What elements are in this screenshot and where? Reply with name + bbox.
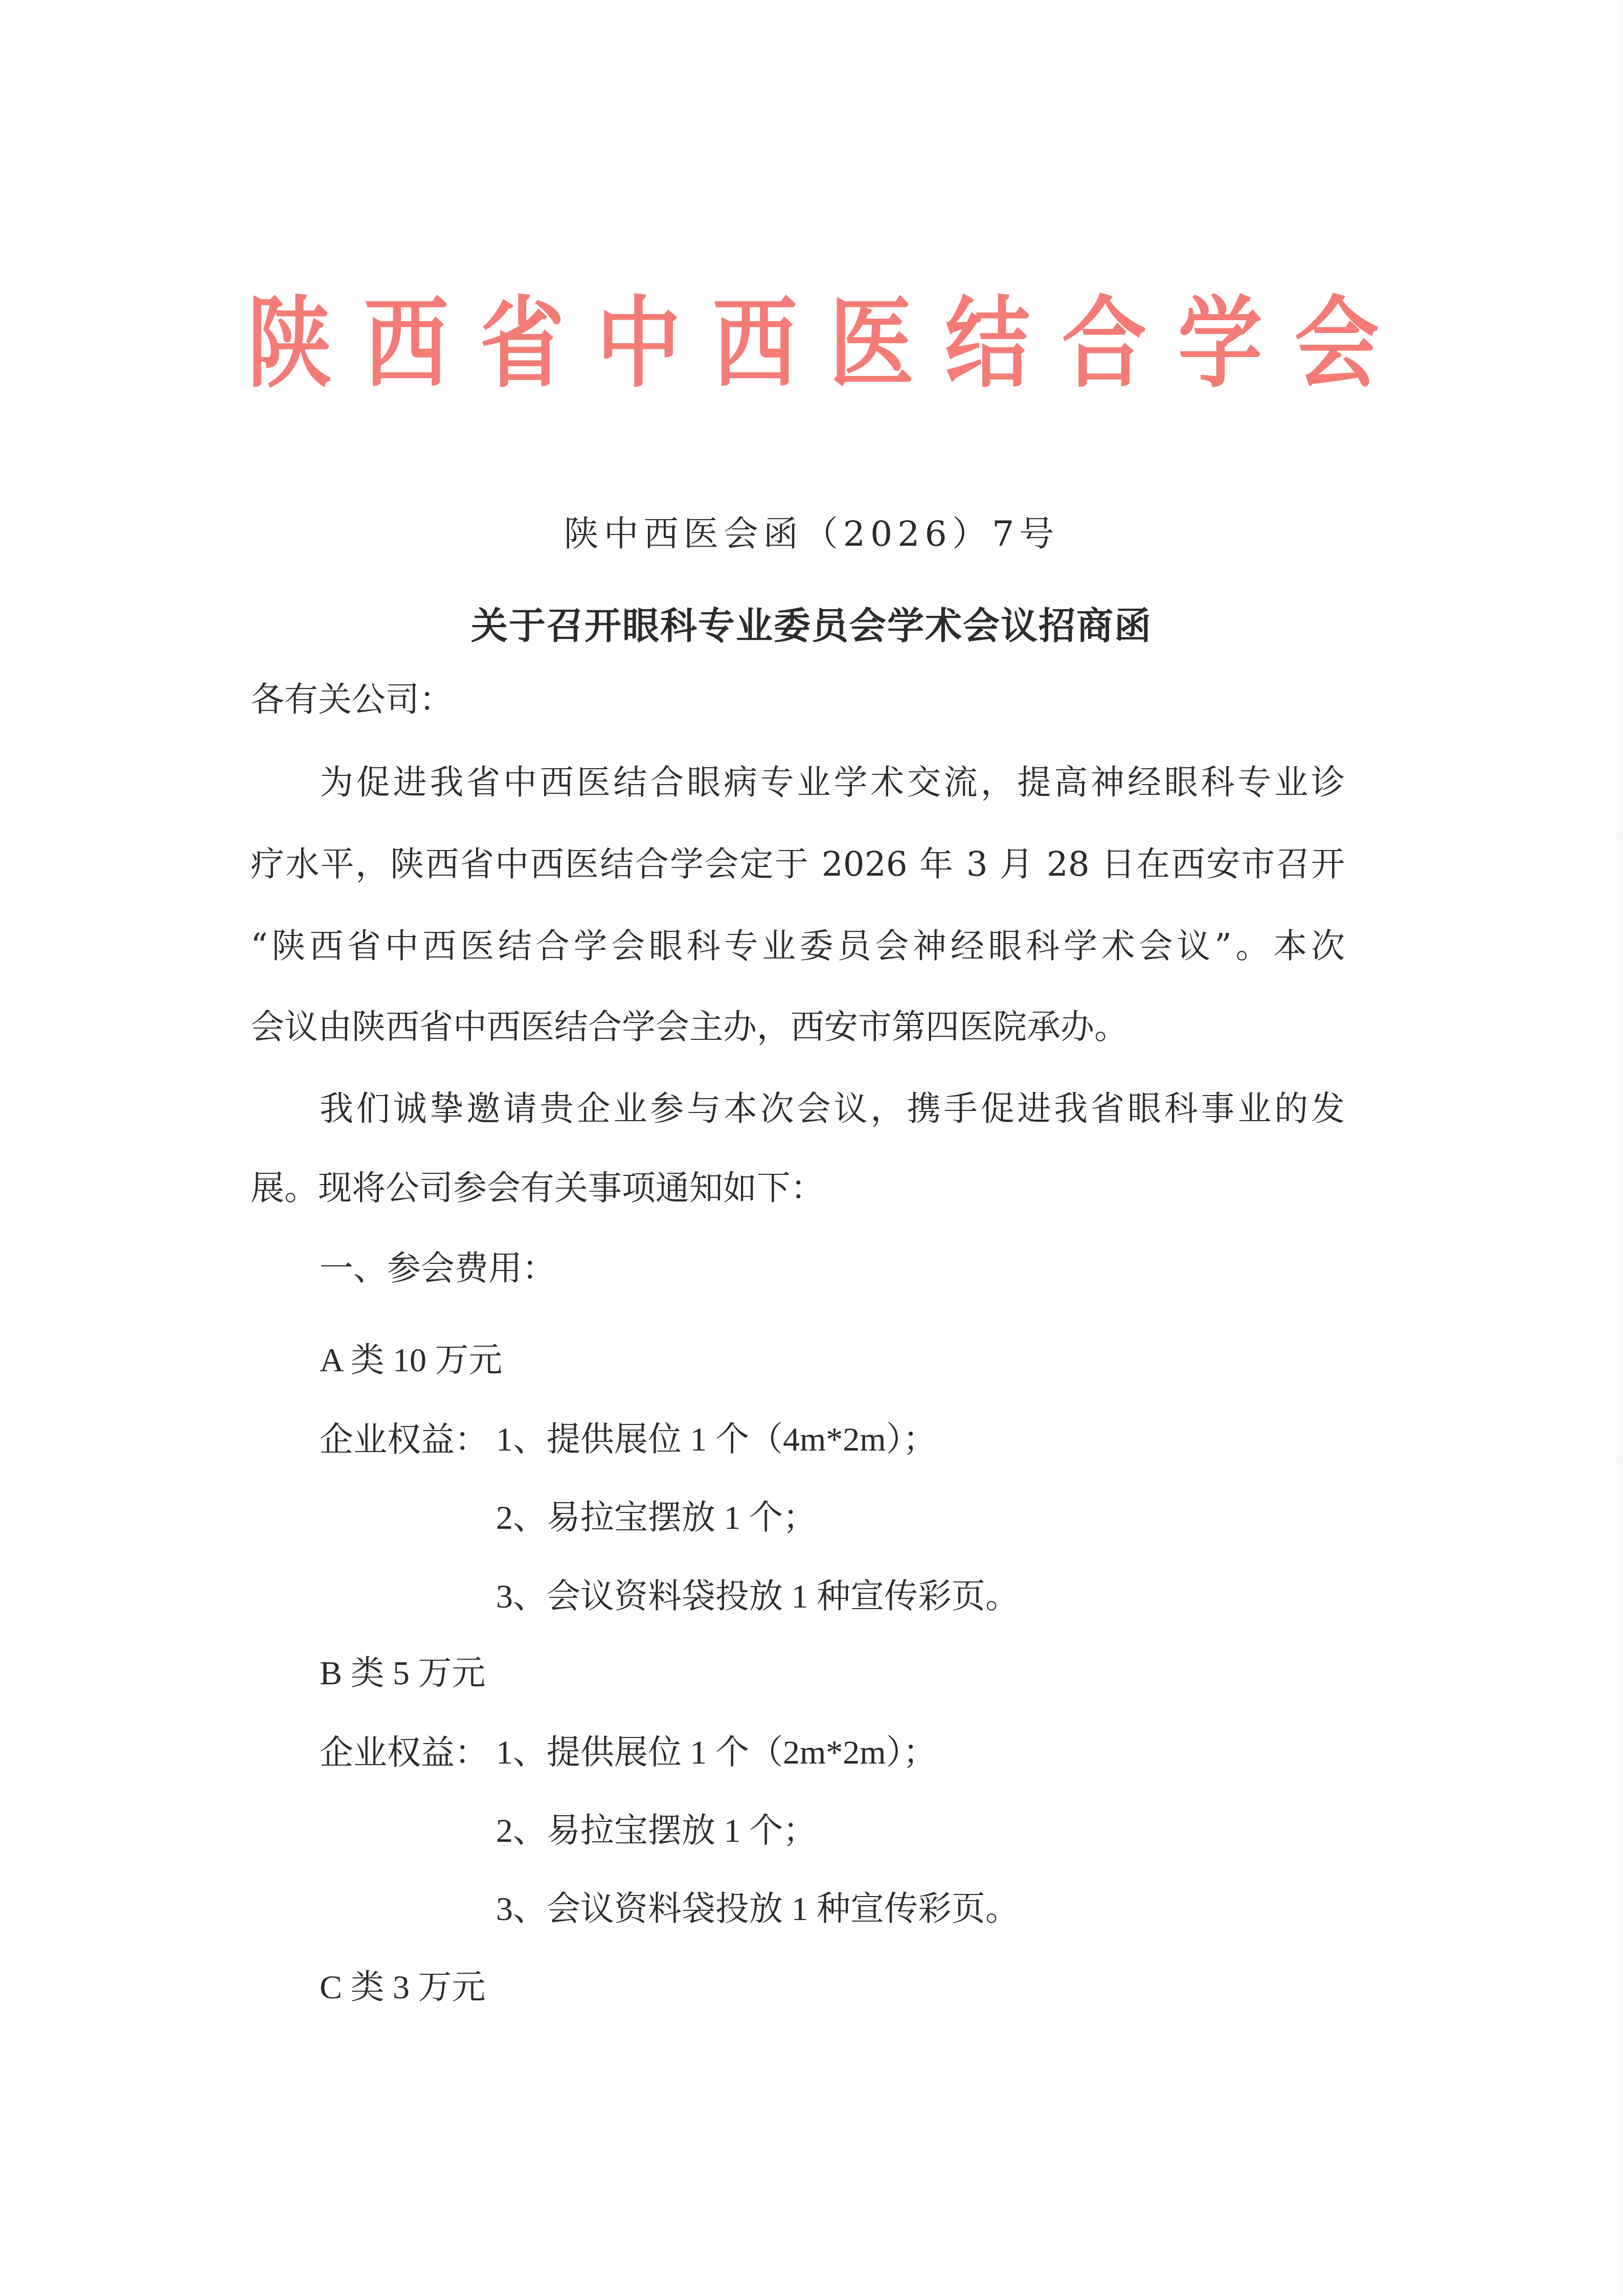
- tier-c-label: C 类 3 万元: [320, 1967, 486, 2008]
- letterhead-char: 医: [829, 264, 913, 406]
- document-title: 关于召开眼科专业委员会学术会议招商函: [0, 596, 1623, 649]
- tier-a-benefits-label: 企业权益：: [320, 1419, 488, 1460]
- paragraph1-line: 为促进我省中西医结合眼病专业学术交流，提高神经眼科专业诊: [320, 762, 1345, 803]
- paragraph1-line: “陕西省中西医结合学会眼科专业委员会神经眼科学术会议”。本次: [251, 926, 1345, 967]
- tier-b-benefits-label: 企业权益：: [320, 1732, 488, 1773]
- paragraph2-line: 我们诚挚邀请贵企业参与本次会议，携手促进我省眼科事业的发: [320, 1088, 1345, 1129]
- document-page: 陕 西 省 中 西 医 结 合 学 会 陕中西医会函（2026）7号 关于召开眼…: [0, 0, 1623, 2296]
- letterhead-char: 中: [596, 264, 681, 406]
- tier-a-benefit: 3、会议资料袋投放 1 种宣传彩页。: [496, 1576, 1019, 1617]
- letterhead-char: 学: [1178, 264, 1263, 406]
- tier-a-benefit: 1、提供展位 1 个（4m*2m）；: [496, 1419, 937, 1460]
- letterhead-org-name: 陕 西 省 中 西 医 结 合 学 会: [240, 276, 1386, 394]
- section1-heading: 一、参会费用：: [320, 1248, 556, 1289]
- paragraph1-line: 疗水平，陕西省中西医结合学会定于 2026 年 3 月 28 日在西安市召开: [251, 844, 1345, 885]
- tier-a-benefit: 2、易拉宝摆放 1 个；: [496, 1498, 817, 1539]
- tier-a-label: A 类 10 万元: [320, 1340, 503, 1381]
- letterhead-char: 合: [1062, 264, 1146, 406]
- paragraph2-line: 展。现将公司参会有关事项通知如下：: [251, 1168, 1345, 1209]
- salutation: 各有关公司：: [251, 679, 453, 720]
- page-edge-shadow: [1612, 0, 1623, 2296]
- letterhead-char: 省: [480, 264, 565, 406]
- letterhead-char: 西: [364, 264, 448, 406]
- letterhead-char: 西: [713, 264, 797, 406]
- letterhead-char: 会: [1294, 264, 1379, 406]
- letterhead-char: 结: [945, 264, 1030, 406]
- tier-b-benefit: 2、易拉宝摆放 1 个；: [496, 1811, 817, 1852]
- tier-b-benefit: 3、会议资料袋投放 1 种宣传彩页。: [496, 1889, 1019, 1930]
- tier-b-label: B 类 5 万元: [320, 1653, 486, 1694]
- letterhead-char: 陕: [247, 264, 331, 406]
- document-number: 陕中西医会函（2026）7号: [0, 506, 1623, 556]
- tier-b-benefit: 1、提供展位 1 个（2m*2m）；: [496, 1732, 937, 1773]
- paragraph1-line: 会议由陕西省中西医结合学会主办，西安市第四医院承办。: [251, 1007, 1345, 1047]
